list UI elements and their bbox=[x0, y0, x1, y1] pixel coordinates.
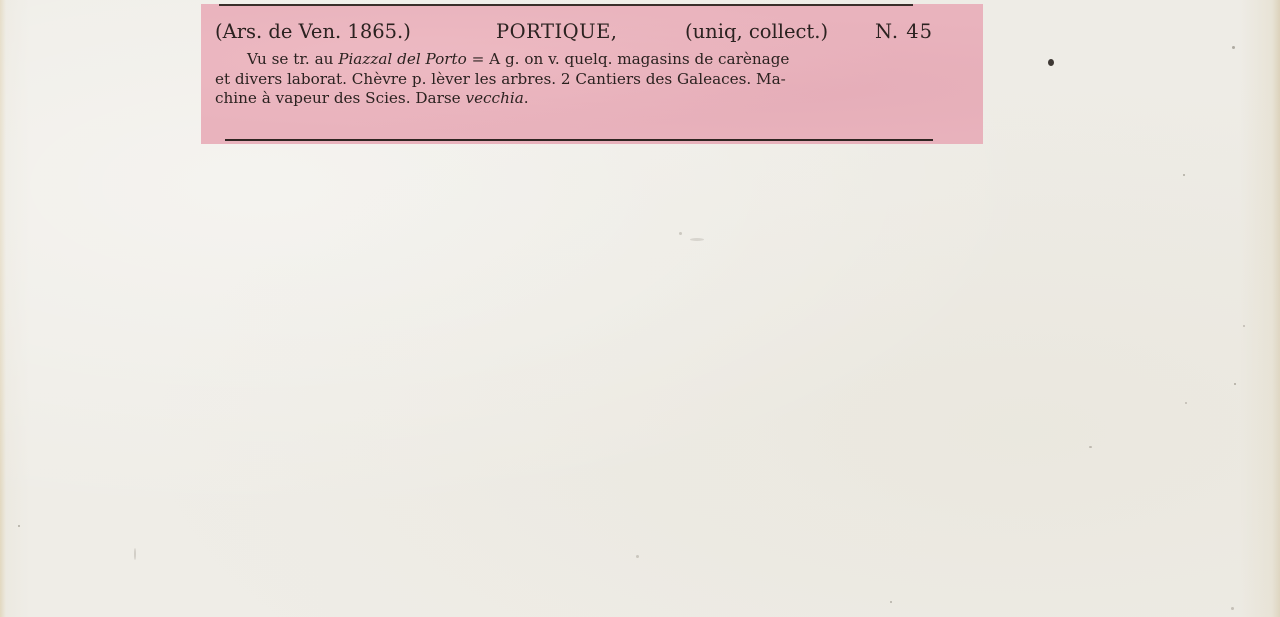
collection-note: (uniq, collect.) bbox=[685, 17, 828, 47]
label-description: Vu se tr. au Piazzal del Porto = A g. on… bbox=[215, 50, 950, 109]
speck bbox=[690, 238, 704, 241]
speck bbox=[1089, 446, 1092, 448]
speck bbox=[1231, 607, 1234, 610]
top-rule bbox=[219, 4, 913, 6]
item-number: N. 45 bbox=[875, 17, 933, 47]
text-segment: = A g. on v. quelq. magasins de carènage bbox=[467, 50, 790, 68]
archive-reference: (Ars. de Ven. 1865.) bbox=[215, 17, 411, 47]
place-name: vecchia bbox=[465, 89, 523, 107]
caption-label: (Ars. de Ven. 1865.) PORTIQUE, (uniq, co… bbox=[201, 4, 983, 144]
ink-speck bbox=[1048, 59, 1054, 66]
place-name: Piazzal del Porto bbox=[338, 50, 467, 68]
subject-title: PORTIQUE, bbox=[496, 17, 618, 47]
speck bbox=[18, 525, 20, 527]
label-heading: (Ars. de Ven. 1865.) PORTIQUE, (uniq, co… bbox=[215, 17, 955, 47]
speck bbox=[1232, 46, 1235, 49]
speck bbox=[890, 601, 892, 603]
speck bbox=[1234, 383, 1236, 385]
speck bbox=[1185, 402, 1187, 404]
text-segment: . bbox=[524, 89, 529, 107]
speck bbox=[636, 555, 639, 558]
speck bbox=[1243, 325, 1245, 327]
description-line-3: chine à vapeur des Scies. Darse vecchia. bbox=[215, 89, 950, 109]
bottom-rule bbox=[225, 139, 933, 141]
speck bbox=[134, 548, 136, 560]
speck bbox=[1183, 174, 1185, 176]
text-segment: chine à vapeur des Scies. Darse bbox=[215, 89, 465, 107]
description-line-1: Vu se tr. au Piazzal del Porto = A g. on… bbox=[215, 50, 950, 70]
stereoview-card-back: (Ars. de Ven. 1865.) PORTIQUE, (uniq, co… bbox=[0, 0, 1280, 617]
text-segment: Vu se tr. au bbox=[247, 50, 338, 68]
description-line-2: et divers laborat. Chèvre p. lèver les a… bbox=[215, 70, 950, 90]
speck bbox=[679, 232, 682, 235]
